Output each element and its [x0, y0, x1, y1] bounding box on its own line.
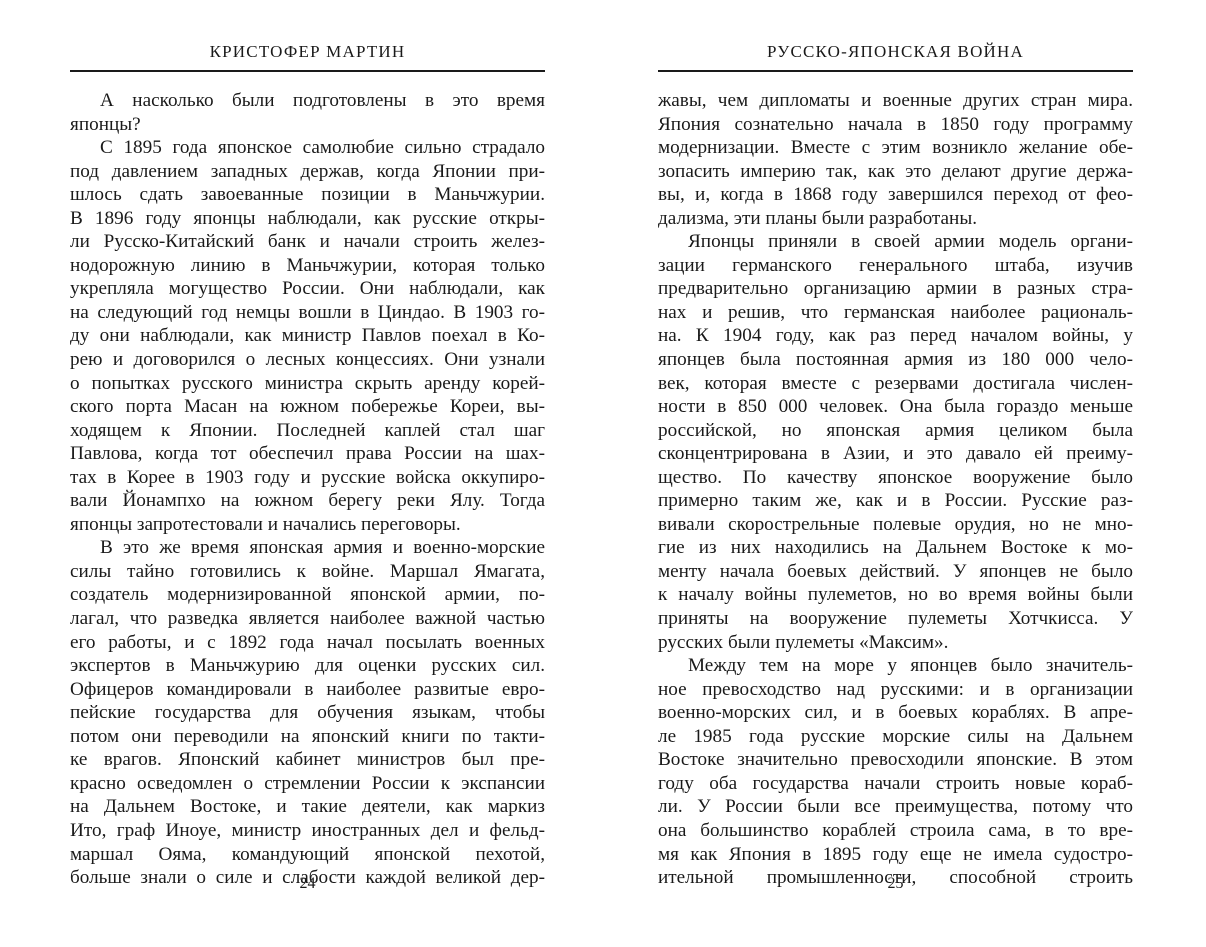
text-line: Между тем на море у японцев было значите… [658, 654, 1133, 678]
text-line: ли Русско-Китайский банк и начали строит… [70, 230, 545, 254]
text-line: Павлова, когда тот обеспечил права Росси… [70, 442, 545, 466]
text-line: шлось сдать завоеванные позиции в Маньчж… [70, 183, 545, 207]
text-line: А насколько были подготовлены в это врем… [70, 89, 545, 113]
text-line: дализма, эти планы были разработаны. [658, 207, 1133, 231]
text-line: на Дальнем Востоке, и такие деятели, как… [70, 795, 545, 819]
text-line: С 1895 года японское самолюбие сильно ст… [70, 136, 545, 160]
text-line: красно осведомлен о стремлении России к … [70, 772, 545, 796]
text-line: силы тайно готовились к войне. Маршал Ям… [70, 560, 545, 584]
text-line: зопасить империю так, как это делают дру… [658, 160, 1133, 184]
text-line: нах и решив, что германская наиболее рац… [658, 301, 1133, 325]
body-text: А насколько были подготовлены в это врем… [70, 89, 545, 890]
text-line: ности в 850 000 человек. Она была горазд… [658, 395, 1133, 419]
text-line: ное превосходство над русскими: и в орга… [658, 678, 1133, 702]
text-line: Японцы приняли в своей армии модель орга… [658, 230, 1133, 254]
text-line: маршал Ояма, командующий японской пехото… [70, 843, 545, 867]
text-line: мя как Япония в 1895 году еще не имела с… [658, 843, 1133, 867]
text-line: вивали скорострельные полевые орудия, но… [658, 513, 1133, 537]
page-number: 25 [658, 874, 1133, 894]
page-number: 24 [70, 874, 545, 894]
right-page: РУССКО-ЯПОНСКАЯ ВОЙНА жавы, чем дипломат… [658, 0, 1133, 947]
text-line: В это же время японская армия и военно-м… [70, 536, 545, 560]
text-line: японцы? [70, 113, 545, 137]
text-line: потом они переводили на японский книги п… [70, 725, 545, 749]
text-line: приняты на вооружение пулеметы Хотчкисса… [658, 607, 1133, 631]
text-line: ке врагов. Японский кабинет министров бы… [70, 748, 545, 772]
text-line: о попытках русского министра скрыть арен… [70, 372, 545, 396]
text-line: жавы, чем дипломаты и военные других стр… [658, 89, 1133, 113]
text-line: военно-морских сил, и в боевых кораблях.… [658, 701, 1133, 725]
text-line: на следующий год немцы вошли в Циндао. В… [70, 301, 545, 325]
text-line: ли. У России были все преимущества, пото… [658, 795, 1133, 819]
text-line: укрепляла могущество России. Они наблюда… [70, 277, 545, 301]
text-line: экспертов в Маньчжурию для оценки русски… [70, 654, 545, 678]
text-line: пейские государства для обучения языкам,… [70, 701, 545, 725]
text-line: под давлением западных держав, когда Япо… [70, 160, 545, 184]
text-line: предварительно организацию армии в разны… [658, 277, 1133, 301]
text-line: гие из них находились на Дальнем Востоке… [658, 536, 1133, 560]
text-line: на. К 1904 году, как раз перед началом в… [658, 324, 1133, 348]
text-line: Востоке значительно превосходили японски… [658, 748, 1133, 772]
header-rule [70, 70, 545, 72]
text-line: его работы, и с 1892 года начал посылать… [70, 631, 545, 655]
left-page: КРИСТОФЕР МАРТИН А насколько были подгот… [70, 0, 545, 947]
header-rule [658, 70, 1133, 72]
text-line: менту начала боевых действий. У японцев … [658, 560, 1133, 584]
text-line: создатель модернизированной японской арм… [70, 583, 545, 607]
text-line: к началу войны пулеметов, но во время во… [658, 583, 1133, 607]
text-line: век, которая вместе с резервами достигал… [658, 372, 1133, 396]
running-head-author: КРИСТОФЕР МАРТИН [70, 42, 545, 62]
text-line: примерно таким же, как и в России. Русск… [658, 489, 1133, 513]
text-line: году оба государства начали строить новы… [658, 772, 1133, 796]
text-line: модернизации. Вместе с этим возникло жел… [658, 136, 1133, 160]
text-line: ду они наблюдали, как министр Павлов пое… [70, 324, 545, 348]
text-line: Офицеров командировали в наиболее развит… [70, 678, 545, 702]
text-line: Ито, граф Иноуе, министр иностранных дел… [70, 819, 545, 843]
text-line: она большинство кораблей строила сама, в… [658, 819, 1133, 843]
text-line: ле 1985 года русские морские силы на Дал… [658, 725, 1133, 749]
text-line: японцев была постоянная армия из 180 000… [658, 348, 1133, 372]
text-line: вы, и, когда в 1868 году завершился пере… [658, 183, 1133, 207]
text-line: нодорожную линию в Маньчжурии, которая т… [70, 254, 545, 278]
text-line: ходящем к Японии. Последней каплей стал … [70, 419, 545, 443]
text-line: рею и договорился о лесных концессиях. О… [70, 348, 545, 372]
text-line: японцы запротестовали и начались перегов… [70, 513, 545, 537]
text-line: Япония сознательно начала в 1850 году пр… [658, 113, 1133, 137]
body-text: жавы, чем дипломаты и военные других стр… [658, 89, 1133, 890]
text-line: ского порта Масан на южном побережье Кор… [70, 395, 545, 419]
text-line: русских были пулеметы «Максим». [658, 631, 1133, 655]
running-head-title: РУССКО-ЯПОНСКАЯ ВОЙНА [658, 42, 1133, 62]
text-line: вали Йонампхо на южном берегу реки Ялу. … [70, 489, 545, 513]
text-line: сконцентрирована в Азии, и это давало ей… [658, 442, 1133, 466]
text-line: зации германского генерального штаба, из… [658, 254, 1133, 278]
text-line: лагал, что разведка является наиболее ва… [70, 607, 545, 631]
text-line: В 1896 году японцы наблюдали, как русски… [70, 207, 545, 231]
text-line: щество. По качеству японское вооружение … [658, 466, 1133, 490]
text-line: тах в Корее в 1903 году и русские войска… [70, 466, 545, 490]
text-line: российской, но японская армия целиком бы… [658, 419, 1133, 443]
